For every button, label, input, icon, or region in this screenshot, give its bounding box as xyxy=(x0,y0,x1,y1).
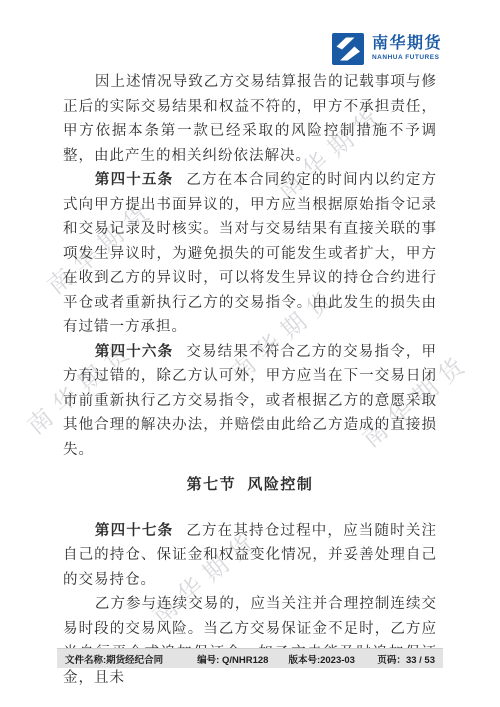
contract-document-page: 南华期货南华期货南华期货南华期货南华期货南华期货 南华期货 NANHUA FUT… xyxy=(0,0,500,707)
clause-number: 第四十六条 xyxy=(95,344,173,360)
footer-doc-code: 编号: Q/NHR128 xyxy=(197,652,268,666)
footer-page-label: 页码： xyxy=(377,655,406,666)
contract-paragraph: 第四十五条乙方在本合同约定的时间内以约定方式向甲方提出书面异议的，甲方应当根据原… xyxy=(63,168,437,340)
nanhua-logo-icon xyxy=(332,33,364,65)
footer-file-name: 文件名称:期货经纪合同 xyxy=(65,652,163,666)
section-heading: 第七节 风险控制 xyxy=(63,473,437,498)
logo-text: 南华期货 NANHUA FUTURES xyxy=(372,36,442,62)
contract-paragraph: 第四十七条乙方在其持仓过程中，应当随时关注自己的持仓、保证金和权益变化情况，并妥… xyxy=(63,519,437,593)
clause-number: 第四十七条 xyxy=(95,523,173,539)
footer-page-number: 页码：33 / 53 xyxy=(377,652,435,666)
logo-name-en: NANHUA FUTURES xyxy=(372,55,442,62)
contract-paragraph: 因上述情况导致乙方交易结算报告的记载事项与修正后的实际交易结果和权益不符的，甲方… xyxy=(63,70,437,168)
clause-number: 第四十五条 xyxy=(95,172,173,188)
footer-version: 版本号:2023-03 xyxy=(288,652,355,666)
logo-name-cn: 南华期货 xyxy=(372,36,442,52)
contract-body-text: 因上述情况导致乙方交易结算报告的记载事项与修正后的实际交易结果和权益不符的，甲方… xyxy=(63,70,437,690)
contract-paragraph: 第四十六条交易结果不符合乙方的交易指令，甲方有过错的，除乙方认可外，甲方应当在下… xyxy=(63,340,437,463)
contract-paragraph: 乙方参与连续交易的，应当关注并合理控制连续交易时段的交易风险。当乙方交易保证金不… xyxy=(63,592,437,690)
footer-page-value: 33 / 53 xyxy=(406,655,435,666)
nanhua-logo: 南华期货 NANHUA FUTURES xyxy=(332,33,442,65)
page-footer: 文件名称:期货经纪合同 编号: Q/NHR128 版本号:2023-03 页码：… xyxy=(57,648,443,668)
